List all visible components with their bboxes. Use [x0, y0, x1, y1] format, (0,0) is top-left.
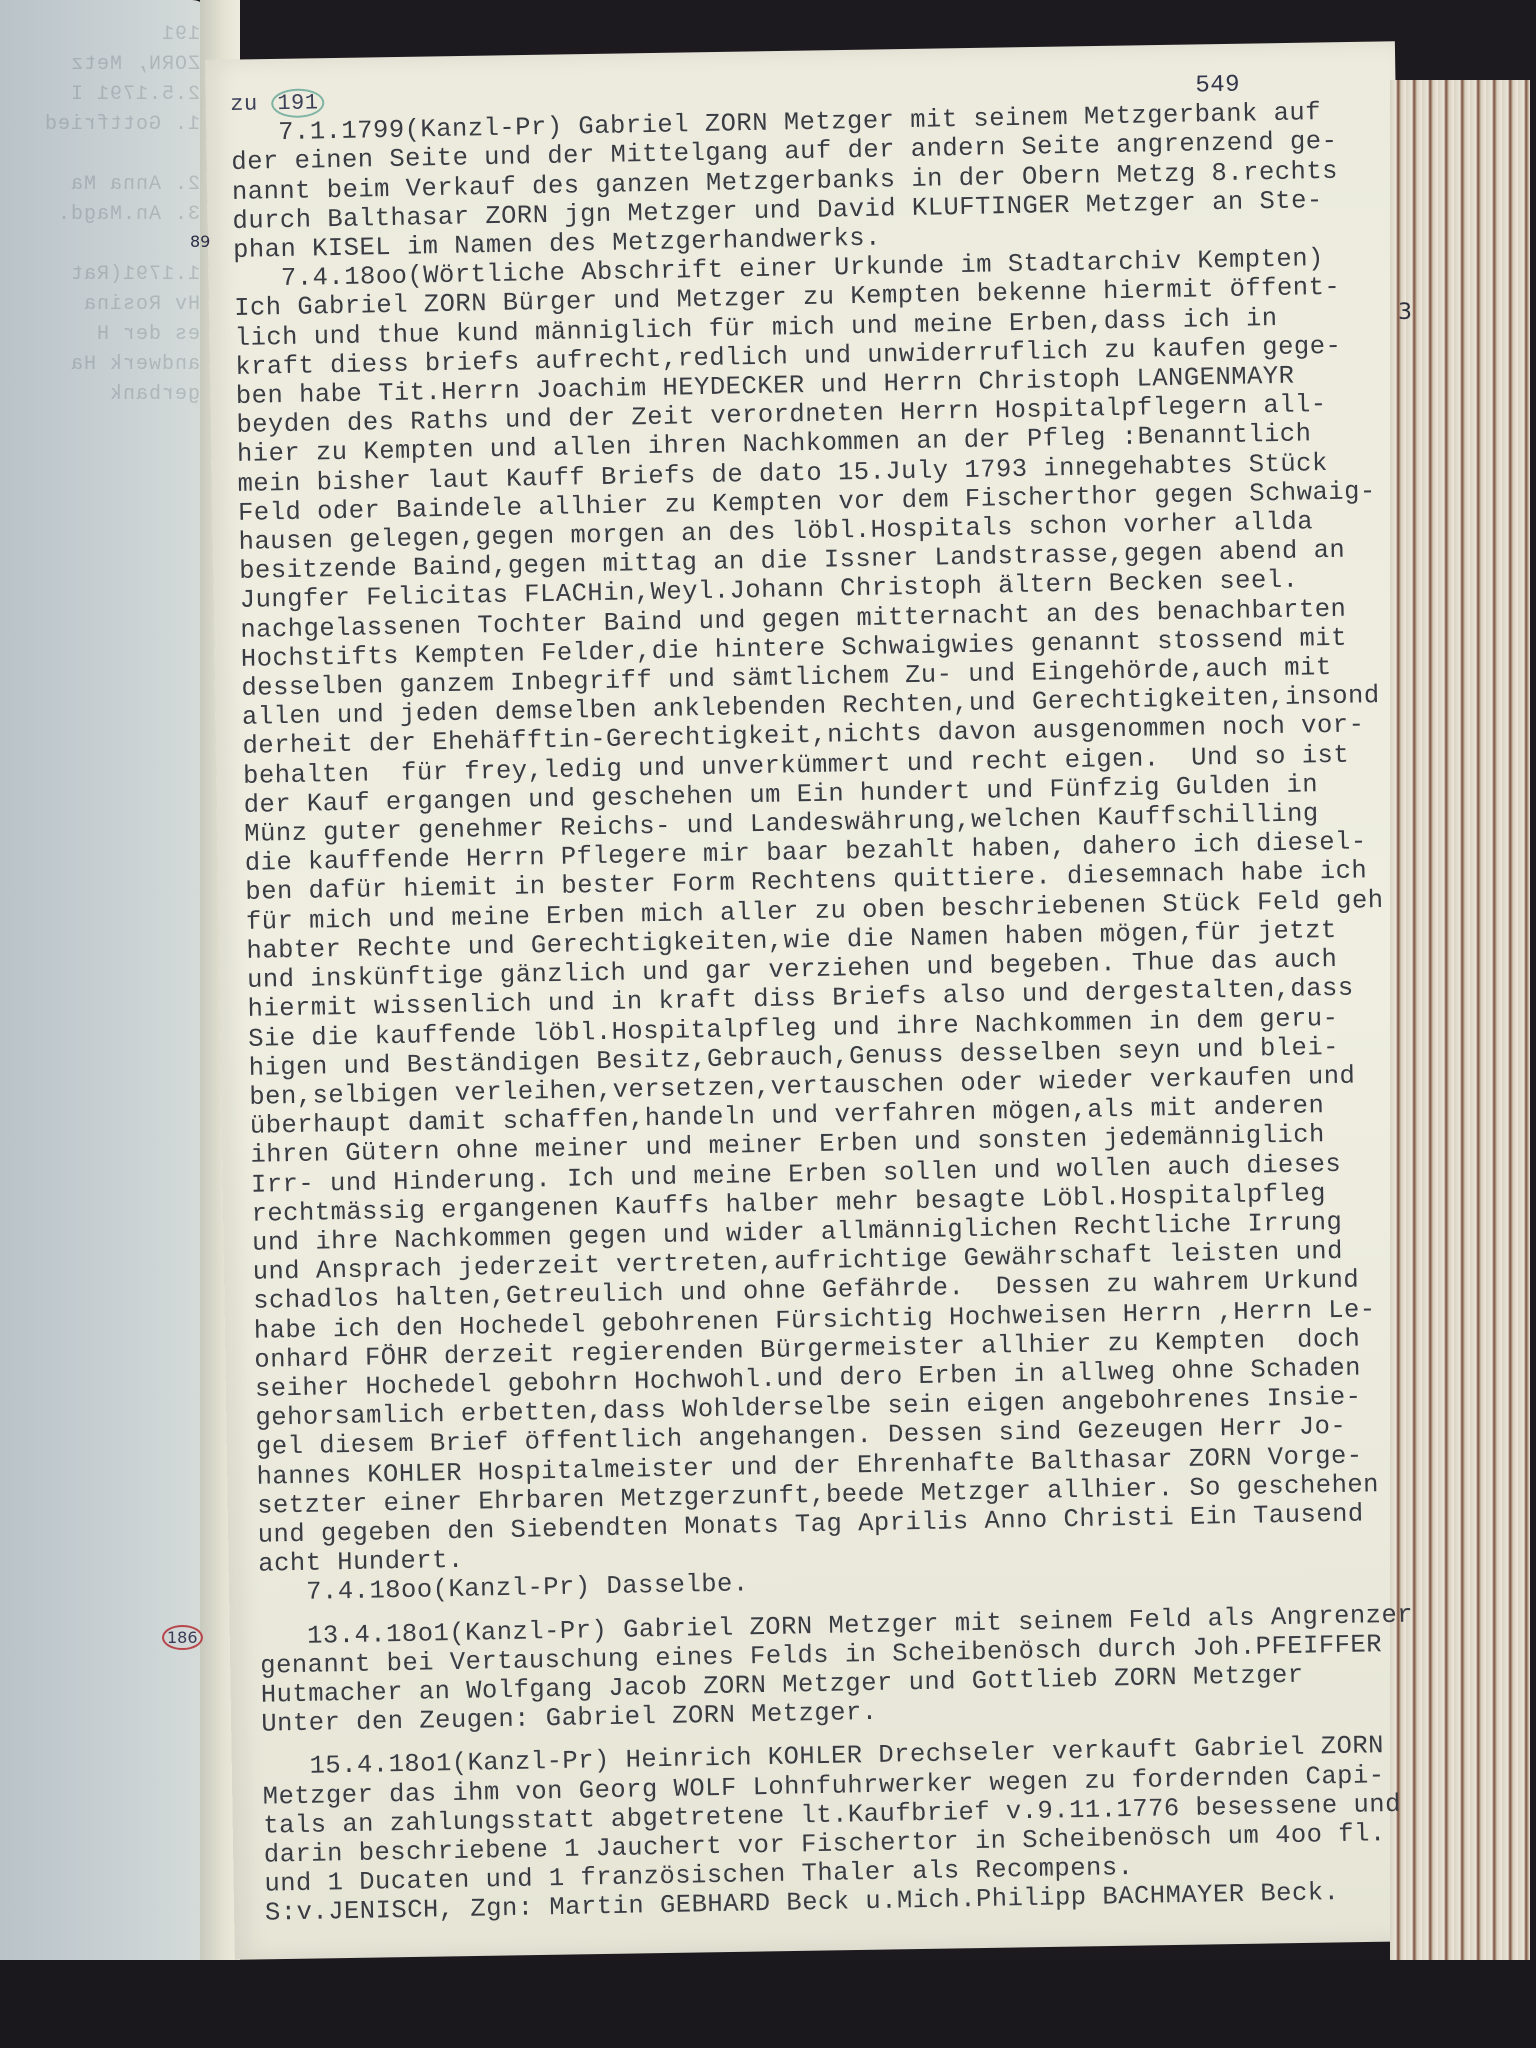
margin-note-circled: 186: [162, 1625, 203, 1650]
bleed-through-text: 191 ZORN, Metz 2.5.1791 I 1. Gottfried 2…: [10, 20, 200, 410]
page-number: 549: [1195, 71, 1240, 101]
typed-transcript: zu 191 549 7.1.1799(Kanzl-Pr) Gabriel ZO…: [230, 67, 1465, 1928]
entries-container: 7.1.1799(Kanzl-Pr) Gabriel ZORN Metzger …: [231, 96, 1466, 1928]
background-surface: [0, 1960, 1536, 2048]
facing-left-page: 191 ZORN, Metz 2.5.1791 I 1. Gottfried 2…: [0, 0, 210, 2048]
reference-number: 191: [271, 88, 325, 118]
document-entry: 7.4.18oo(Wörtliche Abschrift einer Urkun…: [233, 242, 1458, 1579]
document-entry: 13.4.18o1(Kanzl-Pr) Gabriel ZORN Metzger…: [259, 1599, 1461, 1739]
reference-label: zu 191: [230, 88, 325, 119]
document-entry: 7.1.1799(Kanzl-Pr) Gabriel ZORN Metzger …: [231, 96, 1434, 265]
margin-note-top: 89: [190, 232, 210, 251]
document-entry: 15.4.18o1(Kanzl-Pr) Heinrich KOHLER Drec…: [262, 1730, 1465, 1928]
